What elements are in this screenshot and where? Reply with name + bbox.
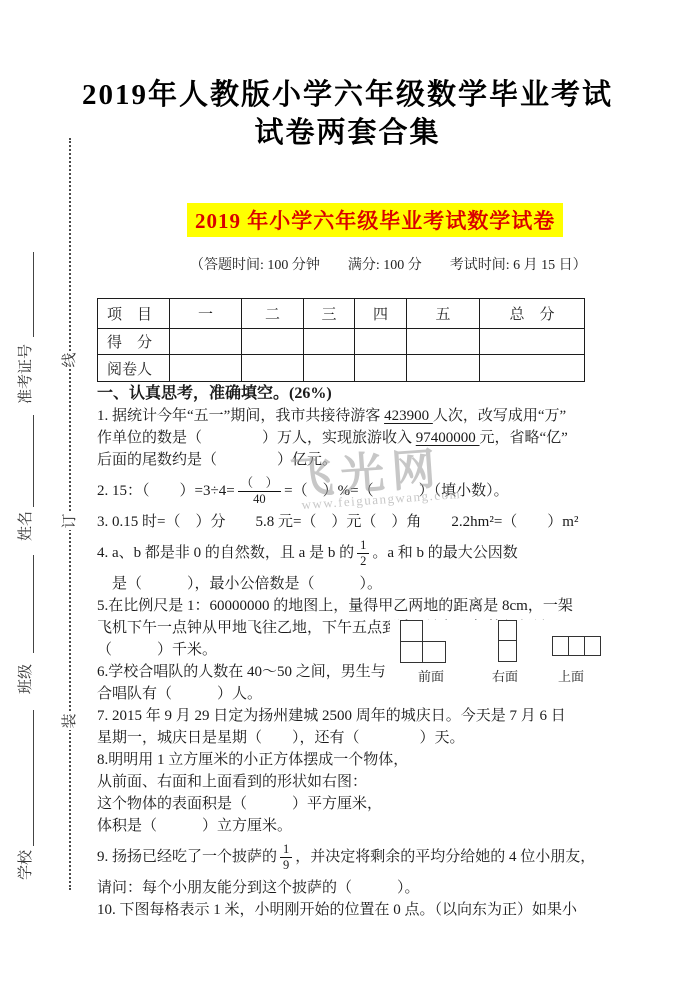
score-table-empty-cell bbox=[304, 355, 355, 382]
score-table-empty-cell bbox=[480, 329, 585, 355]
question-line: 2. 15：（ ）=3÷4=（ ）40=（ ）%=（ ）（填小数）。 bbox=[97, 471, 625, 511]
document-title: 2019年人教版小学六年级数学毕业考试 试卷两套合集 bbox=[0, 76, 695, 152]
score-table-cell: 五 bbox=[407, 299, 480, 329]
name-blank-line bbox=[33, 415, 34, 507]
score-table-cell: 二 bbox=[242, 299, 304, 329]
question-line: 请问：每个小朋友能分到这个披萨的（ ）。 bbox=[97, 877, 625, 899]
front-view-cell bbox=[400, 641, 423, 663]
question-line: 5.在比例尺是 1：60000000 的地图上，量得甲乙两地的距离是 8cm，一… bbox=[97, 595, 625, 617]
score-table-empty-cell bbox=[355, 355, 407, 382]
right-view-cell bbox=[498, 640, 517, 662]
question-line: 3. 0.15 时=（ ）分 5.8 元=（ ）元（ ）角 2.2hm²=（ ）… bbox=[97, 511, 625, 533]
score-table: 项 目一二三四五总 分得 分阅卷人 bbox=[97, 298, 585, 382]
score-table-cell: 阅卷人 bbox=[98, 355, 170, 382]
score-table-empty-cell bbox=[170, 329, 242, 355]
title-line-2: 试卷两套合集 bbox=[0, 114, 695, 152]
score-table-cell: 一 bbox=[170, 299, 242, 329]
score-table-empty-cell bbox=[355, 329, 407, 355]
fraction: 12 bbox=[357, 538, 369, 568]
score-table-cell: 四 bbox=[355, 299, 407, 329]
class-blank-line bbox=[33, 555, 34, 653]
fraction: 19 bbox=[280, 842, 292, 872]
school-label: 学校 bbox=[17, 847, 35, 883]
question-line: 这个物体的表面积是（ ）平方厘米， bbox=[97, 793, 625, 815]
binding-char-xian: 线 bbox=[61, 351, 79, 369]
title-line-1: 2019年人教版小学六年级数学毕业考试 bbox=[0, 76, 695, 114]
question-line: 10. 下图每格表示 1 米，小明刚开始的位置在 0 点。（以向东为正）如果小 bbox=[97, 899, 625, 921]
question-line: 从前面、右面和上面看到的形状如右图： bbox=[97, 771, 625, 793]
score-table-empty-cell bbox=[407, 329, 480, 355]
front-view-label: 前面 bbox=[418, 666, 444, 685]
underlined-value: 97400000 bbox=[416, 430, 480, 446]
name-label: 姓名 bbox=[17, 508, 35, 544]
top-view-label: 上面 bbox=[558, 666, 584, 685]
question-line: 合唱队有（ ）人。 bbox=[97, 683, 625, 705]
front-view-cell bbox=[422, 641, 446, 663]
question-line: 4. a、b 都是非 0 的自然数，且 a 是 b 的12。a 和 b 的最大公… bbox=[97, 533, 625, 573]
score-table-cell: 项 目 bbox=[98, 299, 170, 329]
score-table-empty-cell bbox=[407, 355, 480, 382]
question-line: 星期一，城庆日是星期（ ），还有（ ）天。 bbox=[97, 727, 625, 749]
score-table-empty-cell bbox=[170, 355, 242, 382]
question-line: 作单位的数是（ ）万人，实现旅游收入 97400000 元，省略“亿” bbox=[97, 427, 625, 449]
score-table-cell: 总 分 bbox=[480, 299, 585, 329]
front-view-cell bbox=[400, 620, 423, 642]
score-table-cell: 得 分 bbox=[98, 329, 170, 355]
right-view-label: 右面 bbox=[492, 666, 518, 685]
score-table-empty-cell bbox=[304, 329, 355, 355]
score-table-empty-cell bbox=[242, 329, 304, 355]
exam-no-blank-line bbox=[33, 252, 34, 337]
top-view-cell bbox=[584, 636, 601, 656]
school-blank-line bbox=[33, 710, 34, 846]
exam-paper-page: 2019年人教版小学六年级数学毕业考试 试卷两套合集 2019 年小学六年级毕业… bbox=[0, 0, 695, 982]
fraction: （ ）40 bbox=[238, 476, 282, 506]
section-heading: 一、认真思考，准确填空。(26%) bbox=[97, 383, 625, 405]
exam-info-line: （答题时间: 100 分钟 满分: 100 分 考试时间: 6 月 15 日） bbox=[190, 254, 587, 274]
question-line: 后面的尾数约是（ ）亿元。 bbox=[97, 449, 625, 471]
question-line: 是（ ），最小公倍数是（ ）。 bbox=[97, 573, 625, 595]
paper-subtitle: 2019 年小学六年级毕业考试数学试卷 bbox=[187, 203, 563, 237]
question-line: 9. 扬扬已经吃了一个披萨的19，并决定将剩余的平均分给她的 4 位小朋友， bbox=[97, 837, 625, 877]
binding-char-ding: 订 bbox=[61, 512, 79, 530]
exam-no-label: 准考证号 bbox=[17, 339, 35, 409]
class-label: 班级 bbox=[17, 661, 35, 697]
top-view-cell bbox=[568, 636, 585, 656]
score-table-empty-cell bbox=[480, 355, 585, 382]
score-table-empty-cell bbox=[242, 355, 304, 382]
question-line: 7. 2015 年 9 月 29 日定为扬州建城 2500 周年的城庆日。今天是… bbox=[97, 705, 625, 727]
binding-char-zhuang: 装 bbox=[61, 712, 79, 730]
three-views-figure: 前面 右面 上面 bbox=[390, 620, 622, 686]
question-line: 8.明明用 1 立方厘米的小正方体摆成一个物体， bbox=[97, 749, 625, 771]
question-line: 体积是（ ）立方厘米。 bbox=[97, 815, 625, 837]
question-line: 1. 据统计今年“五一”期间，我市共接待游客 423900 人次，改写成用“万” bbox=[97, 405, 625, 427]
score-table-cell: 三 bbox=[304, 299, 355, 329]
top-view-cell bbox=[552, 636, 569, 656]
underlined-value: 423900 bbox=[384, 408, 433, 424]
right-view-cell bbox=[498, 620, 517, 641]
